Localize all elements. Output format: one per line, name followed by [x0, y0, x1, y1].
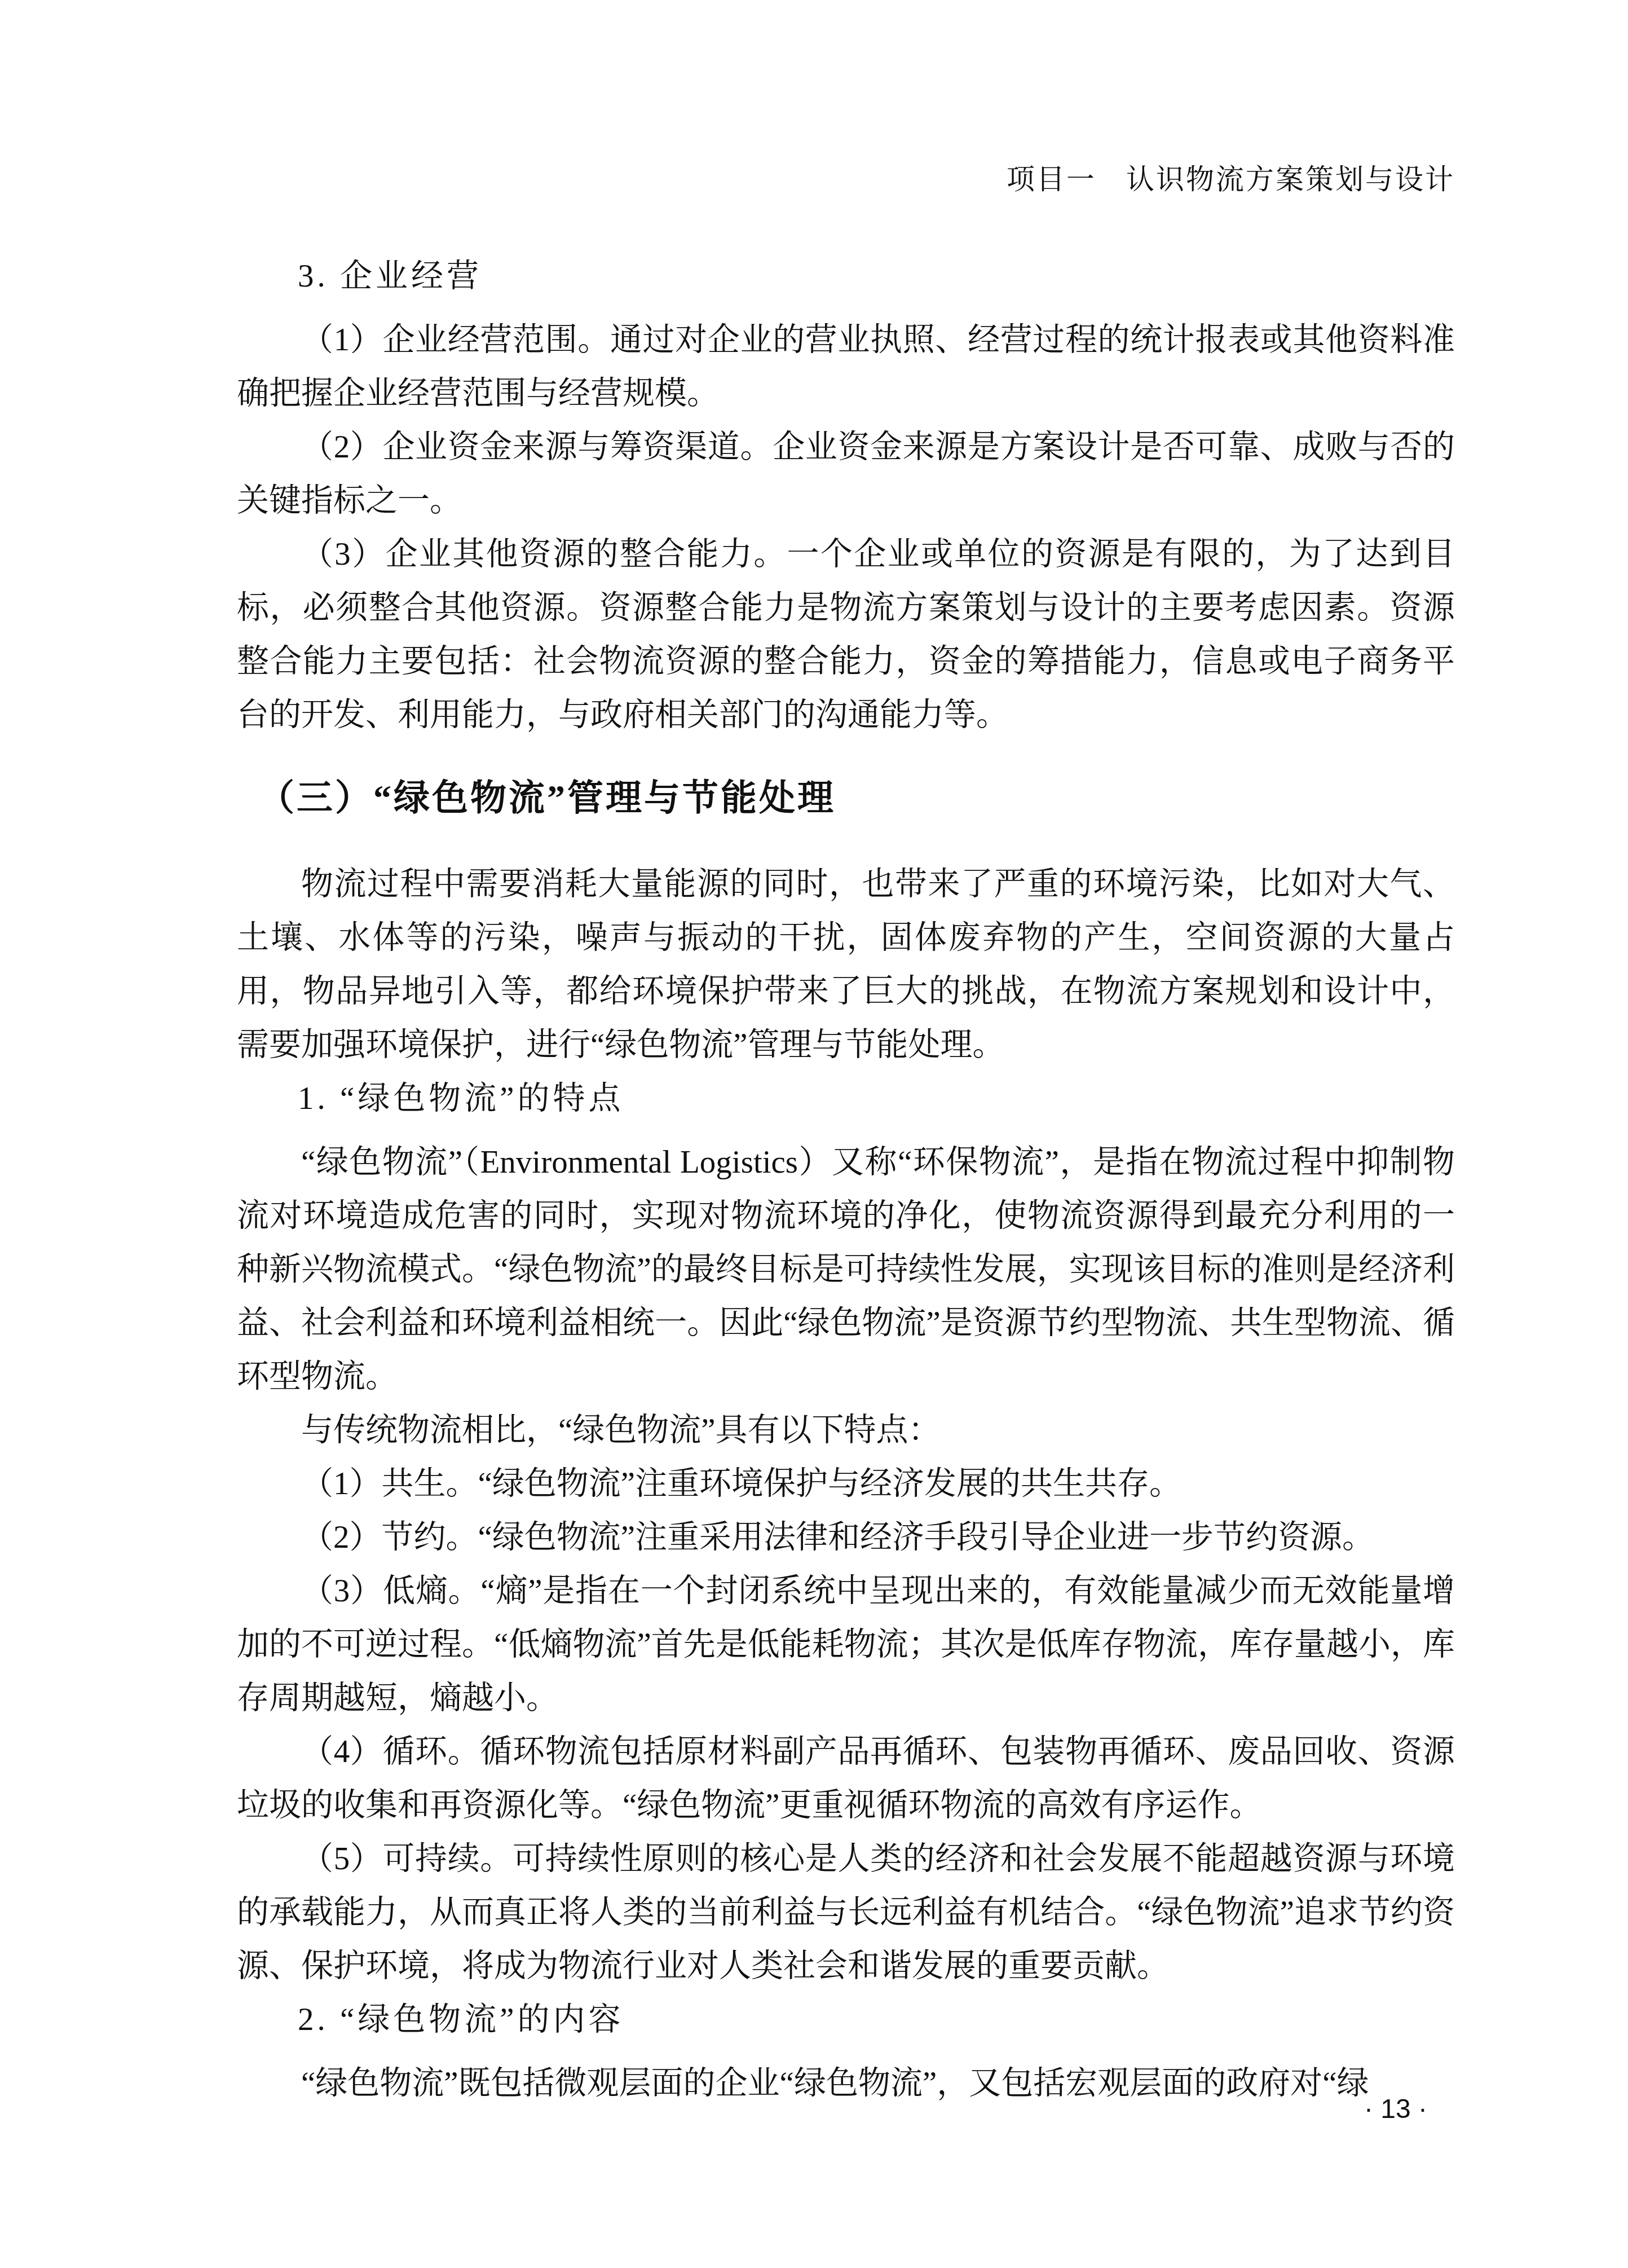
book-page: 项目一 认识物流方案策划与设计 3. 企业经营（1）企业经营范围。通过对企业的营… — [0, 0, 1628, 2268]
content: 3. 企业经营（1）企业经营范围。通过对企业的营业执照、经营过程的统计报表或其他… — [237, 249, 1455, 2110]
paragraph: 与传统物流相比，“绿色物流”具有以下特点： — [237, 1403, 1455, 1457]
paragraph: （2）节约。“绿色物流”注重采用法律和经济手段引导企业进一步节约资源。 — [237, 1510, 1455, 1564]
paragraph: （3）低熵。“熵”是指在一个封闭系统中呈现出来的，有效能量减少而无效能量增加的不… — [237, 1564, 1455, 1725]
paragraph: （5）可持续。可持续性原则的核心是人类的经济和社会发展不能超越资源与环境的承载能… — [237, 1832, 1455, 1993]
paragraph: “绿色物流”既包括微观层面的企业“绿色物流”，又包括宏观层面的政府对“绿 — [237, 2056, 1455, 2110]
paragraph: （1）企业经营范围。通过对企业的营业执照、经营过程的统计报表或其他资料准确把握企… — [237, 313, 1455, 420]
running-header: 项目一 认识物流方案策划与设计 — [0, 157, 1455, 197]
sub-heading: 2. “绿色物流”的内容 — [237, 1993, 1455, 2046]
paragraph: “绿色物流”（Environmental Logistics）又称“环保物流”，… — [237, 1135, 1455, 1403]
paragraph: （2）企业资金来源与筹资渠道。企业资金来源是方案设计是否可靠、成败与否的关键指标… — [237, 420, 1455, 527]
paragraph: （4）循环。循环物流包括原材料副产品再循环、包装物再循环、废品回收、资源垃圾的收… — [237, 1725, 1455, 1832]
sub-heading: 3. 企业经营 — [237, 249, 1455, 303]
paragraph: （1）共生。“绿色物流”注重环境保护与经济发展的共生共存。 — [237, 1457, 1455, 1510]
paragraph: （3）企业其他资源的整合能力。一个企业或单位的资源是有限的，为了达到目标，必须整… — [237, 527, 1455, 742]
section-heading: （三）“绿色物流”管理与节能处理 — [237, 771, 1455, 825]
sub-heading: 1. “绿色物流”的特点 — [237, 1072, 1455, 1125]
page-number: · 13 · — [1328, 2094, 1463, 2125]
paragraph: 物流过程中需要消耗大量能源的同时，也带来了严重的环境污染，比如对大气、土壤、水体… — [237, 857, 1455, 1072]
